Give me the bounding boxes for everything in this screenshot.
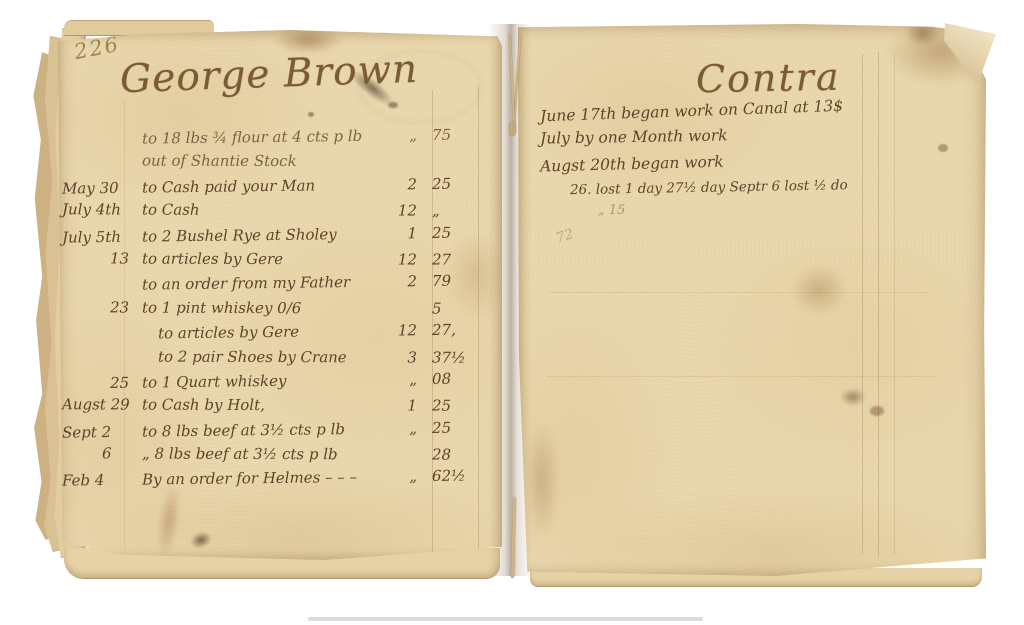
entry-description: to 8 lbs beef at 3½ cts p lb bbox=[142, 416, 387, 443]
entry-cents: 25 bbox=[417, 171, 482, 196]
entry-date: Augst 29 bbox=[62, 393, 142, 417]
stain bbox=[790, 264, 848, 316]
entry-dollars: „ bbox=[387, 416, 417, 440]
entry-dollars: 1 bbox=[387, 394, 417, 418]
entry-date: 6 bbox=[62, 441, 142, 465]
entry-description: to 2 pair Shoes by Crane bbox=[142, 344, 387, 369]
left-page: 226 George Brown to 18 lbs ¾ flour at 4 … bbox=[58, 30, 502, 560]
entry-date bbox=[62, 290, 142, 291]
entry-description: to 2 Bushel Rye at Sholey bbox=[142, 221, 387, 248]
entry-description: „ 8 lbs beef at 3½ cts p lb bbox=[142, 442, 387, 467]
ledger-row: out of Shantie Stock bbox=[62, 149, 482, 175]
entry-description: to Cash by Holt, bbox=[142, 393, 387, 418]
ledger-row: Sept 2 to 8 lbs beef at 3½ cts p lb „ 25 bbox=[62, 415, 482, 445]
entry-dollars: „ bbox=[387, 465, 417, 489]
entry-dollars: 1 bbox=[387, 221, 417, 245]
stain bbox=[153, 481, 186, 561]
stain bbox=[906, 20, 940, 46]
entry-dollars: 12 bbox=[387, 247, 417, 271]
photo-edge-bar bbox=[308, 617, 703, 621]
entry-date bbox=[62, 144, 142, 145]
ledger-row: to articles by Gere 12 27, bbox=[62, 318, 482, 348]
row-rule bbox=[548, 292, 928, 293]
entry-cents: „ bbox=[417, 199, 482, 223]
ink-speck bbox=[188, 529, 214, 552]
entry-dollars: „ bbox=[387, 123, 417, 147]
ledger-row: 13 to articles by Gere 12 27 bbox=[62, 246, 482, 272]
entry-dollars: 2 bbox=[387, 270, 417, 294]
ledger-row: May 30 to Cash paid your Man 2 25 bbox=[62, 171, 482, 201]
ink-speck bbox=[308, 112, 314, 117]
entry-cents: 79 bbox=[417, 269, 482, 294]
ledger-entries: to 18 lbs ¾ flour at 4 cts p lb „ 75 out… bbox=[62, 125, 482, 491]
entry-description: to 1 Quart whiskey bbox=[142, 368, 387, 395]
ink-speck bbox=[870, 406, 884, 416]
entry-cents: 25 bbox=[417, 220, 482, 245]
entry-cents: 62½ bbox=[417, 464, 482, 489]
entry-dollars: 12 bbox=[387, 318, 417, 342]
entry-description: to Cash paid your Man bbox=[142, 172, 387, 199]
faint-mark: „ 15 bbox=[540, 200, 960, 222]
entry-description: to Cash bbox=[142, 198, 387, 223]
binding-thread bbox=[509, 34, 516, 128]
entry-date: Feb 4 bbox=[62, 468, 142, 493]
entry-cents: 25 bbox=[417, 394, 482, 418]
binding-thread-knot bbox=[509, 122, 516, 136]
entry-date: July 4th bbox=[62, 197, 142, 221]
entry-dollars: 12 bbox=[387, 199, 417, 223]
ink-speck bbox=[388, 102, 398, 108]
entry-description: to articles by Gere bbox=[142, 246, 387, 271]
right-page: Contra June 17th began work on Canal at … bbox=[518, 24, 986, 576]
contra-entries: June 17th began work on Canal at 13$ Jul… bbox=[540, 96, 960, 252]
ledger-row: 25 to 1 Quart whiskey „ 08 bbox=[62, 366, 482, 396]
ledger-photo: 226 George Brown to 18 lbs ¾ flour at 4 … bbox=[0, 0, 1024, 625]
ledger-row: July 4th to Cash 12 „ bbox=[62, 197, 482, 223]
entry-cents: 08 bbox=[417, 366, 482, 391]
entry-cents: 27, bbox=[417, 318, 482, 343]
ledger-row: Feb 4 By an order for Helmes – – – „ 62½ bbox=[62, 464, 482, 494]
entry-dollars: 3 bbox=[387, 345, 417, 369]
entry-cents: 75 bbox=[417, 122, 482, 147]
ledger-row: Augst 29 to Cash by Holt, 1 25 bbox=[62, 393, 482, 419]
entry-description: to articles by Gere bbox=[142, 319, 387, 346]
entry-date bbox=[62, 339, 142, 340]
row-rule bbox=[546, 376, 936, 377]
entry-description: to 1 pint whiskey 0/6 bbox=[142, 295, 387, 320]
entry-date: 23 bbox=[62, 295, 142, 319]
entry-description: to 18 lbs ¾ flour at 4 cts p lb bbox=[142, 124, 387, 151]
ledger-row: to an order from my Father 2 79 bbox=[62, 269, 482, 299]
entry-description: By an order for Helmes – – – bbox=[142, 465, 387, 492]
entry-dollars: „ bbox=[387, 367, 417, 391]
entry-date: 13 bbox=[62, 246, 142, 270]
ledger-row: to 2 pair Shoes by Crane 3 37½ bbox=[62, 344, 482, 370]
ledger-row: July 5th to 2 Bushel Rye at Sholey 1 25 bbox=[62, 220, 482, 250]
ledger-row: 23 to 1 pint whiskey 0/6 5 bbox=[62, 295, 482, 321]
entry-description: out of Shantie Stock bbox=[142, 149, 387, 174]
binding-thread bbox=[511, 498, 516, 578]
entry-dollars: 2 bbox=[387, 172, 417, 196]
entry-description: to an order from my Father bbox=[142, 270, 387, 297]
left-page-title: George Brown bbox=[119, 47, 418, 102]
entry-cents: 25 bbox=[417, 415, 482, 440]
faint-mark: 72 bbox=[536, 216, 589, 259]
stain bbox=[524, 420, 560, 540]
